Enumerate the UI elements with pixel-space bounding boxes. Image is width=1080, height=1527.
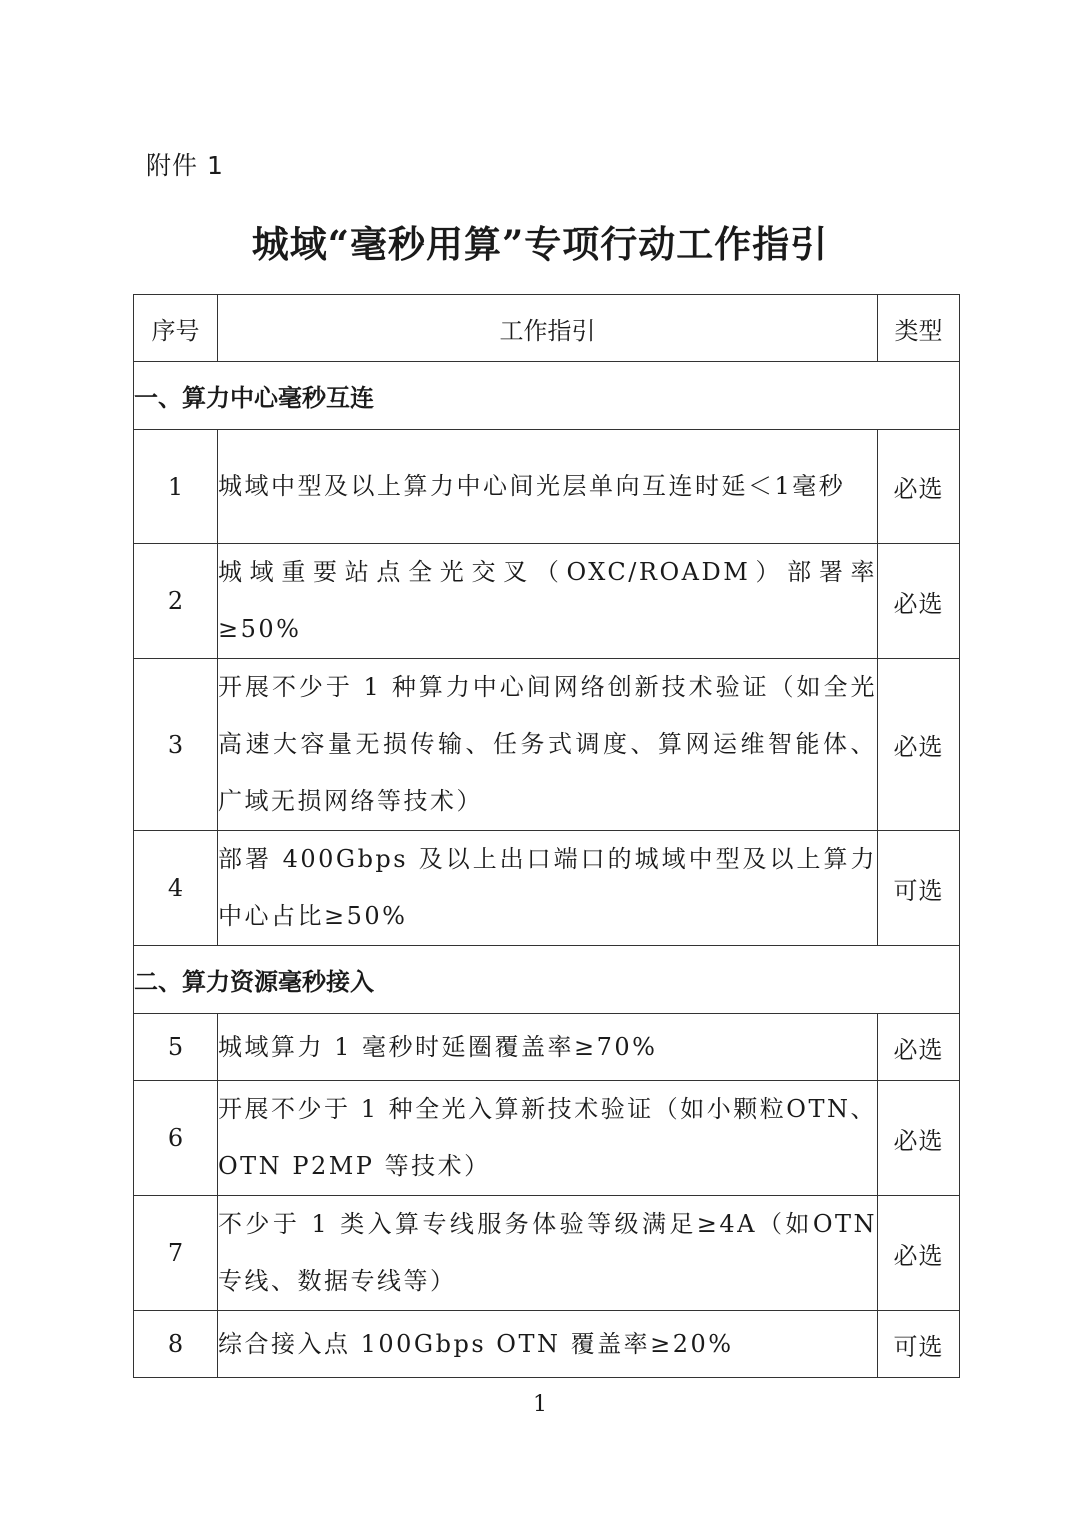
row-number: 8	[134, 1311, 218, 1378]
row-type: 可选	[878, 1311, 960, 1378]
table-row: 1 城域中型及以上算力中心间光层单向互连时延＜1毫秒 必选	[134, 430, 960, 544]
row-type: 可选	[878, 831, 960, 946]
row-number: 2	[134, 544, 218, 659]
section-row: 二、算力资源毫秒接入	[134, 946, 960, 1014]
column-header-type: 类型	[878, 295, 960, 362]
row-number: 5	[134, 1014, 218, 1081]
attachment-label: 附件 1	[146, 146, 224, 182]
row-number: 4	[134, 831, 218, 946]
row-type: 必选	[878, 1014, 960, 1081]
row-guide: 开展不少于 1 种算力中心间网络创新技术验证（如全光高速大容量无损传输、任务式调…	[218, 659, 878, 831]
row-guide: 城域中型及以上算力中心间光层单向互连时延＜1毫秒	[218, 430, 878, 544]
row-number: 3	[134, 659, 218, 831]
row-number: 1	[134, 430, 218, 544]
table-header-row: 序号 工作指引 类型	[134, 295, 960, 362]
row-guide: 开展不少于 1 种全光入算新技术验证（如小颗粒OTN、OTN P2MP 等技术）	[218, 1081, 878, 1196]
table-row: 8 综合接入点 100Gbps OTN 覆盖率≥20% 可选	[134, 1311, 960, 1378]
column-header-guide: 工作指引	[218, 295, 878, 362]
table-row: 4 部署 400Gbps 及以上出口端口的城域中型及以上算力中心占比≥50% 可…	[134, 831, 960, 946]
work-guide-table: 序号 工作指引 类型 一、算力中心毫秒互连 1 城域中型及以上算力中心间光层单向…	[133, 294, 960, 1378]
row-number: 7	[134, 1196, 218, 1311]
row-type: 必选	[878, 1196, 960, 1311]
table-row: 6 开展不少于 1 种全光入算新技术验证（如小颗粒OTN、OTN P2MP 等技…	[134, 1081, 960, 1196]
row-type: 必选	[878, 430, 960, 544]
row-guide: 城域算力 1 毫秒时延圈覆盖率≥70%	[218, 1014, 878, 1081]
row-type: 必选	[878, 659, 960, 831]
row-number: 6	[134, 1081, 218, 1196]
row-type: 必选	[878, 1081, 960, 1196]
table-row: 3 开展不少于 1 种算力中心间网络创新技术验证（如全光高速大容量无损传输、任务…	[134, 659, 960, 831]
row-guide: 不少于 1 类入算专线服务体验等级满足≥4A（如OTN 专线、数据专线等）	[218, 1196, 878, 1311]
column-header-no: 序号	[134, 295, 218, 362]
table-row: 7 不少于 1 类入算专线服务体验等级满足≥4A（如OTN 专线、数据专线等） …	[134, 1196, 960, 1311]
row-guide: 部署 400Gbps 及以上出口端口的城域中型及以上算力中心占比≥50%	[218, 831, 878, 946]
section-heading: 二、算力资源毫秒接入	[134, 946, 960, 1014]
row-guide: 城域重要站点全光交叉（OXC/ROADM）部署率≥50%	[218, 544, 878, 659]
table-row: 2 城域重要站点全光交叉（OXC/ROADM）部署率≥50% 必选	[134, 544, 960, 659]
row-guide: 综合接入点 100Gbps OTN 覆盖率≥20%	[218, 1311, 878, 1378]
row-type: 必选	[878, 544, 960, 659]
document-title: 城域“毫秒用算”专项行动工作指引	[0, 214, 1080, 268]
section-row: 一、算力中心毫秒互连	[134, 362, 960, 430]
section-heading: 一、算力中心毫秒互连	[134, 362, 960, 430]
table-row: 5 城域算力 1 毫秒时延圈覆盖率≥70% 必选	[134, 1014, 960, 1081]
page-number: 1	[0, 1392, 1080, 1417]
